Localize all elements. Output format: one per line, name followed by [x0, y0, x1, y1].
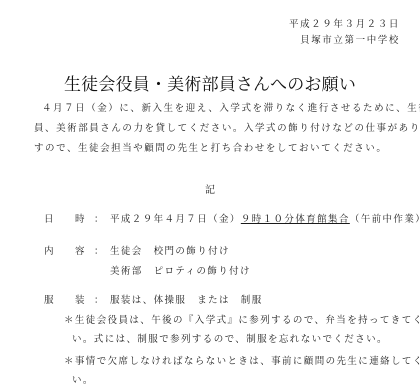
datetime-label-b: 時: [75, 211, 86, 225]
school-name: 貝塚市立第一中学校: [300, 32, 400, 46]
content-item-art-club: 美術部 ピロティの飾り付け: [110, 263, 251, 277]
content-label-b: 容: [75, 243, 86, 257]
ki-heading: 記: [0, 181, 420, 196]
document-title: 生徒会役員・美術部員さんへのお願い: [0, 70, 420, 95]
note-2-line-2: い。: [72, 372, 94, 386]
datetime-label-a: 日: [44, 211, 55, 225]
body-line-1: ４月７日（金）に、新入生を迎え、入学式を滞りなく進行させるために、生徒会役: [42, 100, 420, 114]
attire-label-b: 装: [75, 292, 86, 306]
datetime-colon: ：: [94, 211, 105, 225]
attire-label-a: 服: [44, 292, 55, 306]
attire-colon: ：: [94, 292, 105, 306]
issue-date: 平成２９年３月２３日: [289, 16, 400, 30]
note-1-line-1: ＊生徒会役員は、午後の『入学式』に参列するので、弁当を持ってきてくださ: [64, 312, 420, 326]
content-label-a: 内: [44, 243, 55, 257]
body-line-2: 員、美術部員さんの力を貸してください。入学式の飾り付けなどの仕事がありま: [34, 120, 420, 134]
datetime-value: 平成２９年４月７日（金）９時１０分体育館集合（午前中作業）: [110, 211, 420, 225]
body-line-3: すので、生徒会担当や顧問の先生と打ち合わせをしておいてください。: [34, 140, 387, 154]
content-colon: ：: [94, 243, 105, 257]
content-item-student-council: 生徒会 校門の飾り付け: [110, 243, 230, 257]
attire-value: 服装は、体操服 または 制服: [110, 292, 263, 306]
note-2-line-1: ＊事情で欠席しなければならないときは、事前に顧問の先生に連絡してくださ: [64, 353, 420, 367]
note-1-line-2: い。式には、制服で参列するので、制服を忘れないでください。: [72, 331, 388, 345]
datetime-meeting-time: ９時１０分体育館集合: [241, 214, 350, 225]
datetime-date: 平成２９年４月７日（金）: [110, 214, 241, 225]
datetime-note: （午前中作業）: [350, 214, 420, 225]
